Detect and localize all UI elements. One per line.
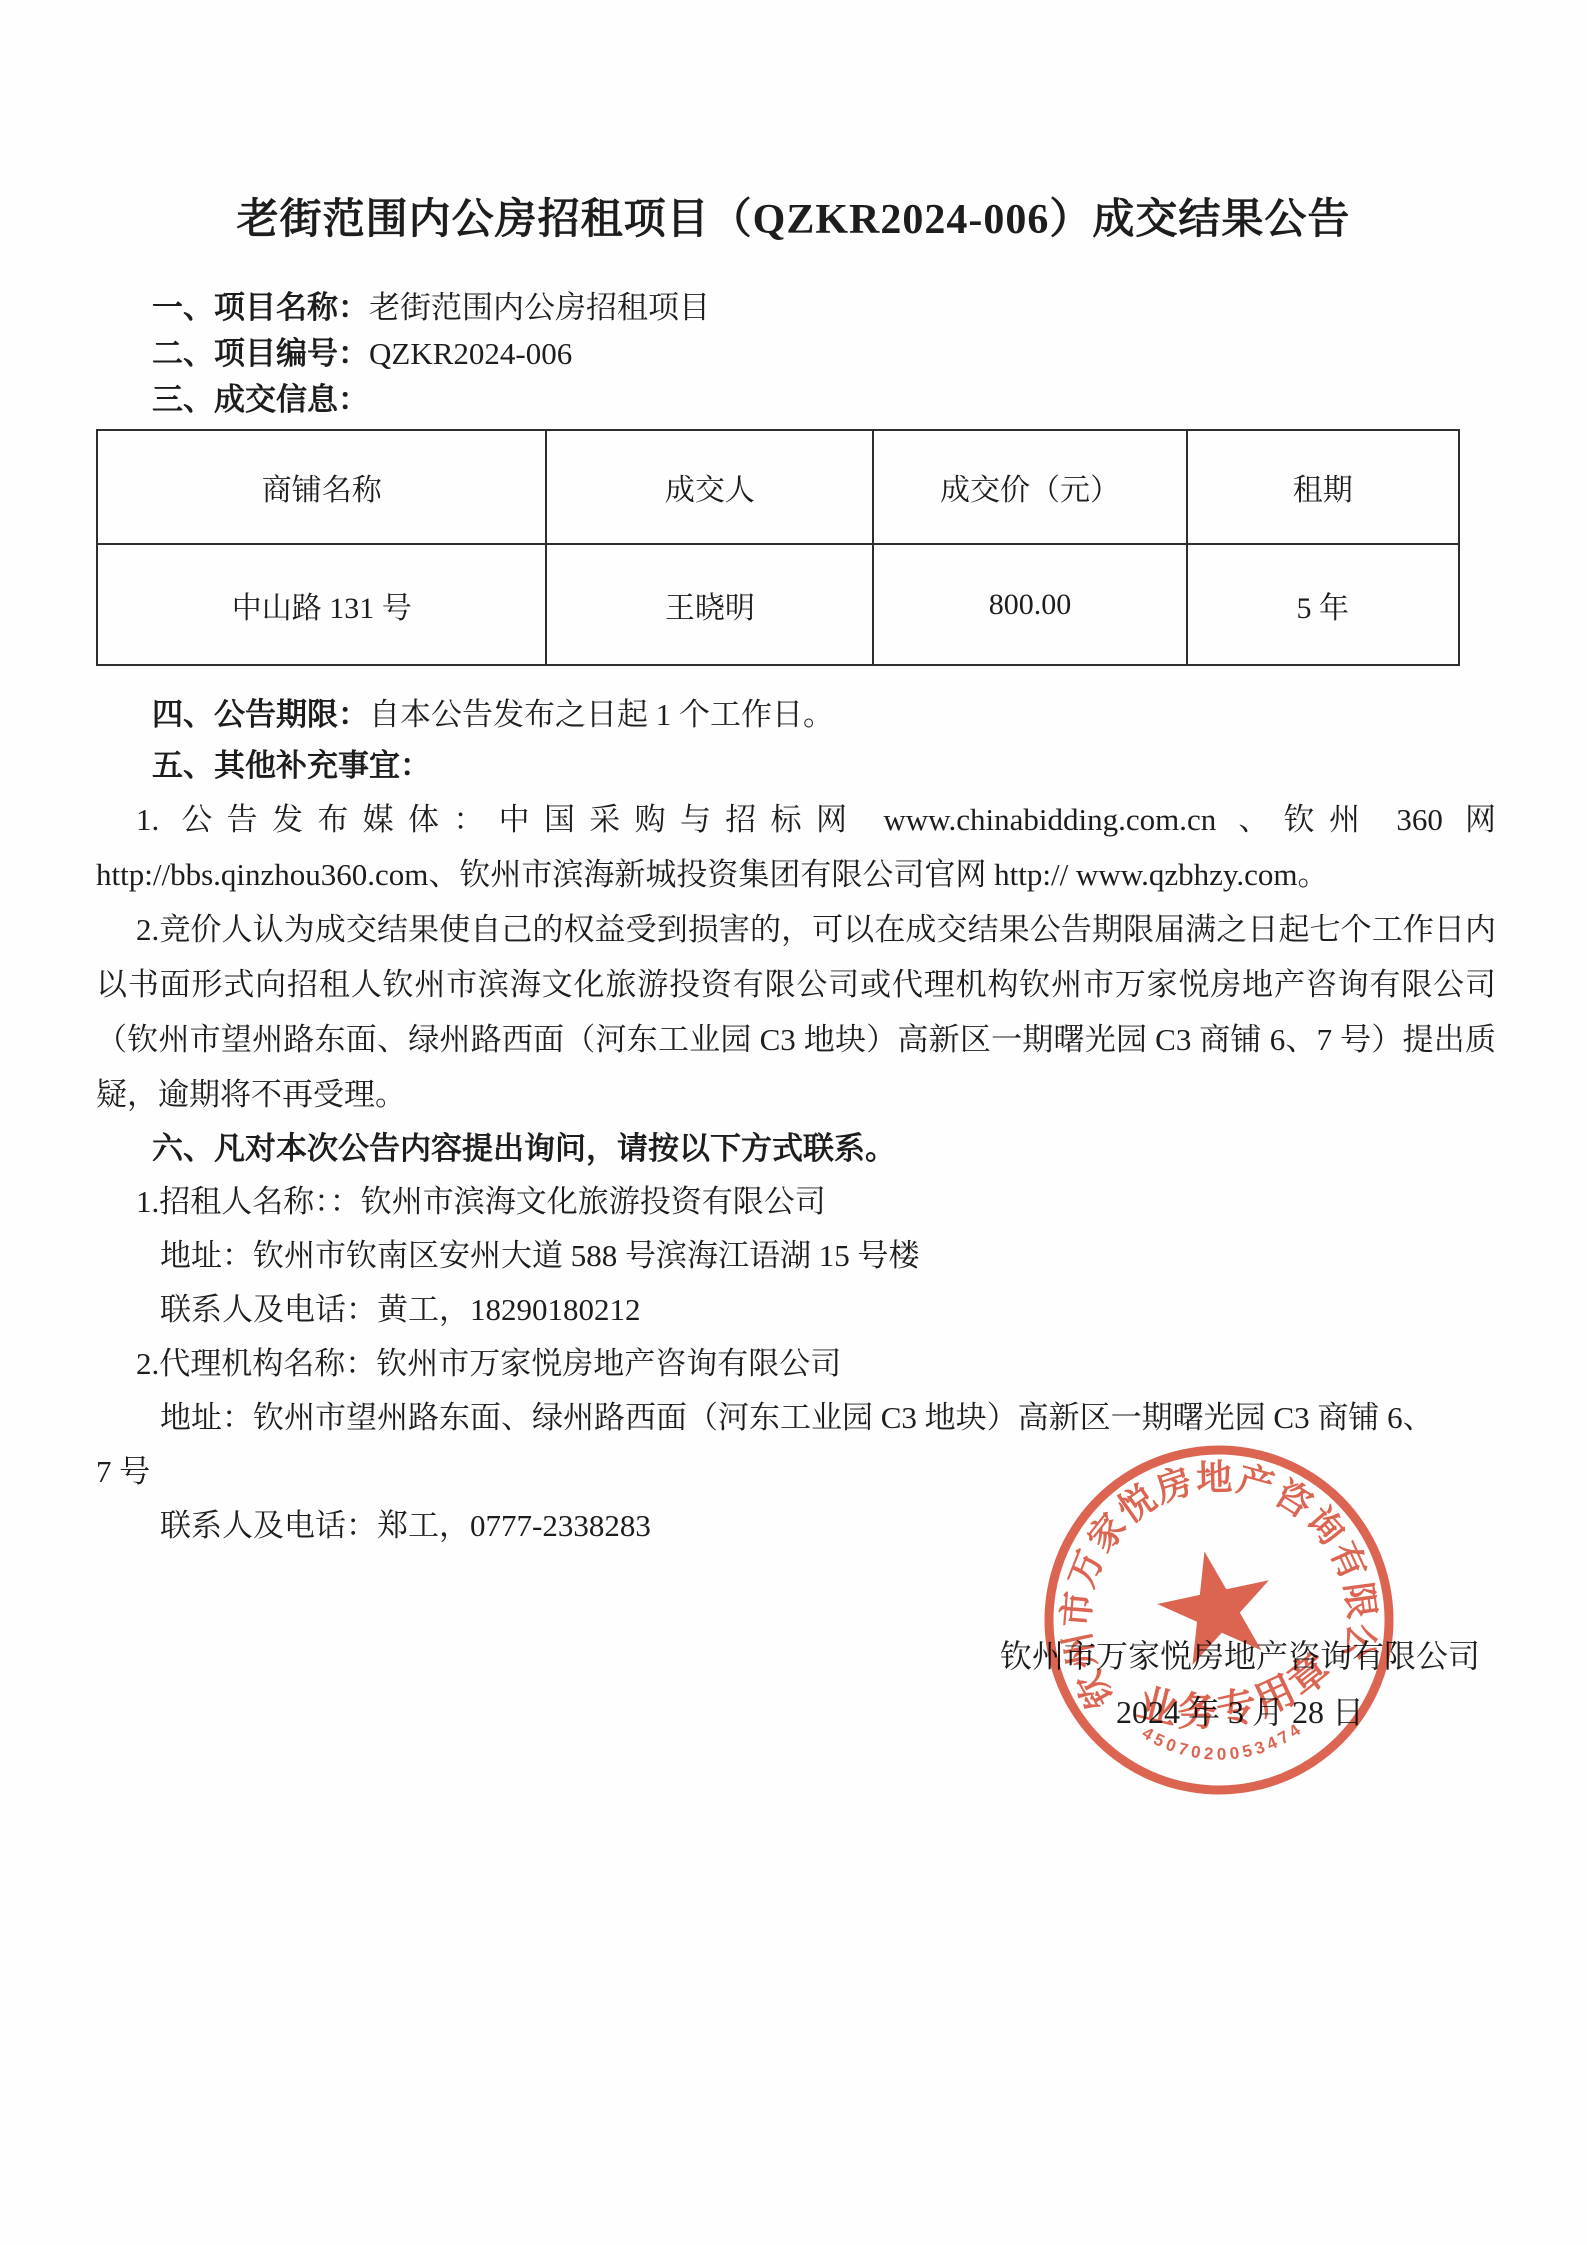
announcement-period-line: 四、公告期限：自本公告发布之日起 1 个工作日。: [96, 690, 1496, 740]
project-name-item: 一、项目名称：老街范围内公房招租项目: [96, 285, 1496, 331]
announcement-period-label: 四、公告期限：: [152, 697, 369, 732]
document-body: 一、项目名称：老街范围内公房招租项目 二、项目编号：QZKR2024-006 三…: [96, 285, 1496, 1553]
announcement-period-value: 自本公告发布之日起 1 个工作日。: [369, 697, 834, 732]
project-info-list: 一、项目名称：老街范围内公房招租项目 二、项目编号：QZKR2024-006 三…: [96, 285, 1496, 423]
cell-shop-name: 中山路 131 号: [97, 544, 546, 665]
objection-paragraph: 2.竞价人认为成交结果使自己的权益受到损害的，可以在成交结果公告期限届满之日起七…: [96, 902, 1496, 1122]
deal-info-item: 三、成交信息：: [96, 377, 1496, 423]
document-page: 老街范围内公房招租项目（QZKR2024-006）成交结果公告 一、项目名称：老…: [0, 0, 1587, 2245]
lessor-address-line: 地址：钦州市钦南区安州大道 588 号滨海江语湖 15 号楼: [96, 1229, 1496, 1283]
deal-info-label: 三、成交信息：: [152, 382, 369, 417]
project-code-label: 二、项目编号：: [152, 336, 369, 371]
agent-address-line-1: 地址：钦州市望州路东面、绿州路西面（河东工业园 C3 地块）高新区一期曙光园 C…: [96, 1391, 1496, 1445]
cell-lease-term: 5 年: [1187, 544, 1459, 665]
cell-winner: 王晓明: [546, 544, 873, 665]
table-row: 中山路 131 号 王晓明 800.00 5 年: [97, 544, 1459, 665]
header-price: 成交价（元）: [873, 430, 1186, 544]
header-lease-term: 租期: [1187, 430, 1459, 544]
seal-star-icon: [1149, 1540, 1283, 1670]
deal-table: 商铺名称 成交人 成交价（元） 租期 中山路 131 号 王晓明 800.00 …: [96, 429, 1460, 666]
project-name-label: 一、项目名称：: [152, 290, 369, 325]
lessor-name-line: 1.招租人名称：：钦州市滨海文化旅游投资有限公司: [96, 1175, 1496, 1229]
agent-name-line: 2.代理机构名称：钦州市万家悦房地产咨询有限公司: [96, 1337, 1496, 1391]
header-shop-name: 商铺名称: [97, 430, 546, 544]
page-title: 老街范围内公房招租项目（QZKR2024-006）成交结果公告: [0, 193, 1587, 247]
contact-heading: 六、凡对本次公告内容提出询问，请按以下方式联系。: [96, 1122, 1496, 1175]
table-header-row: 商铺名称 成交人 成交价（元） 租期: [97, 430, 1459, 544]
project-code-item: 二、项目编号：QZKR2024-006: [96, 331, 1496, 377]
company-seal: 钦州市万家悦房地产咨询有限公司 业务专用章 4507020053474: [1037, 1438, 1401, 1802]
header-winner: 成交人: [546, 430, 873, 544]
cell-price: 800.00: [873, 544, 1186, 665]
project-code-value: QZKR2024-006: [369, 336, 572, 371]
project-name-value: 老街范围内公房招租项目: [369, 290, 710, 325]
lessor-contact-line: 联系人及电话：黄工，18290180212: [96, 1283, 1496, 1337]
media-paragraph: 1. 公告发布媒体：中国采购与招标网 www.chinabidding.com.…: [96, 792, 1496, 902]
supplementary-heading: 五、其他补充事宜：: [96, 740, 1496, 792]
